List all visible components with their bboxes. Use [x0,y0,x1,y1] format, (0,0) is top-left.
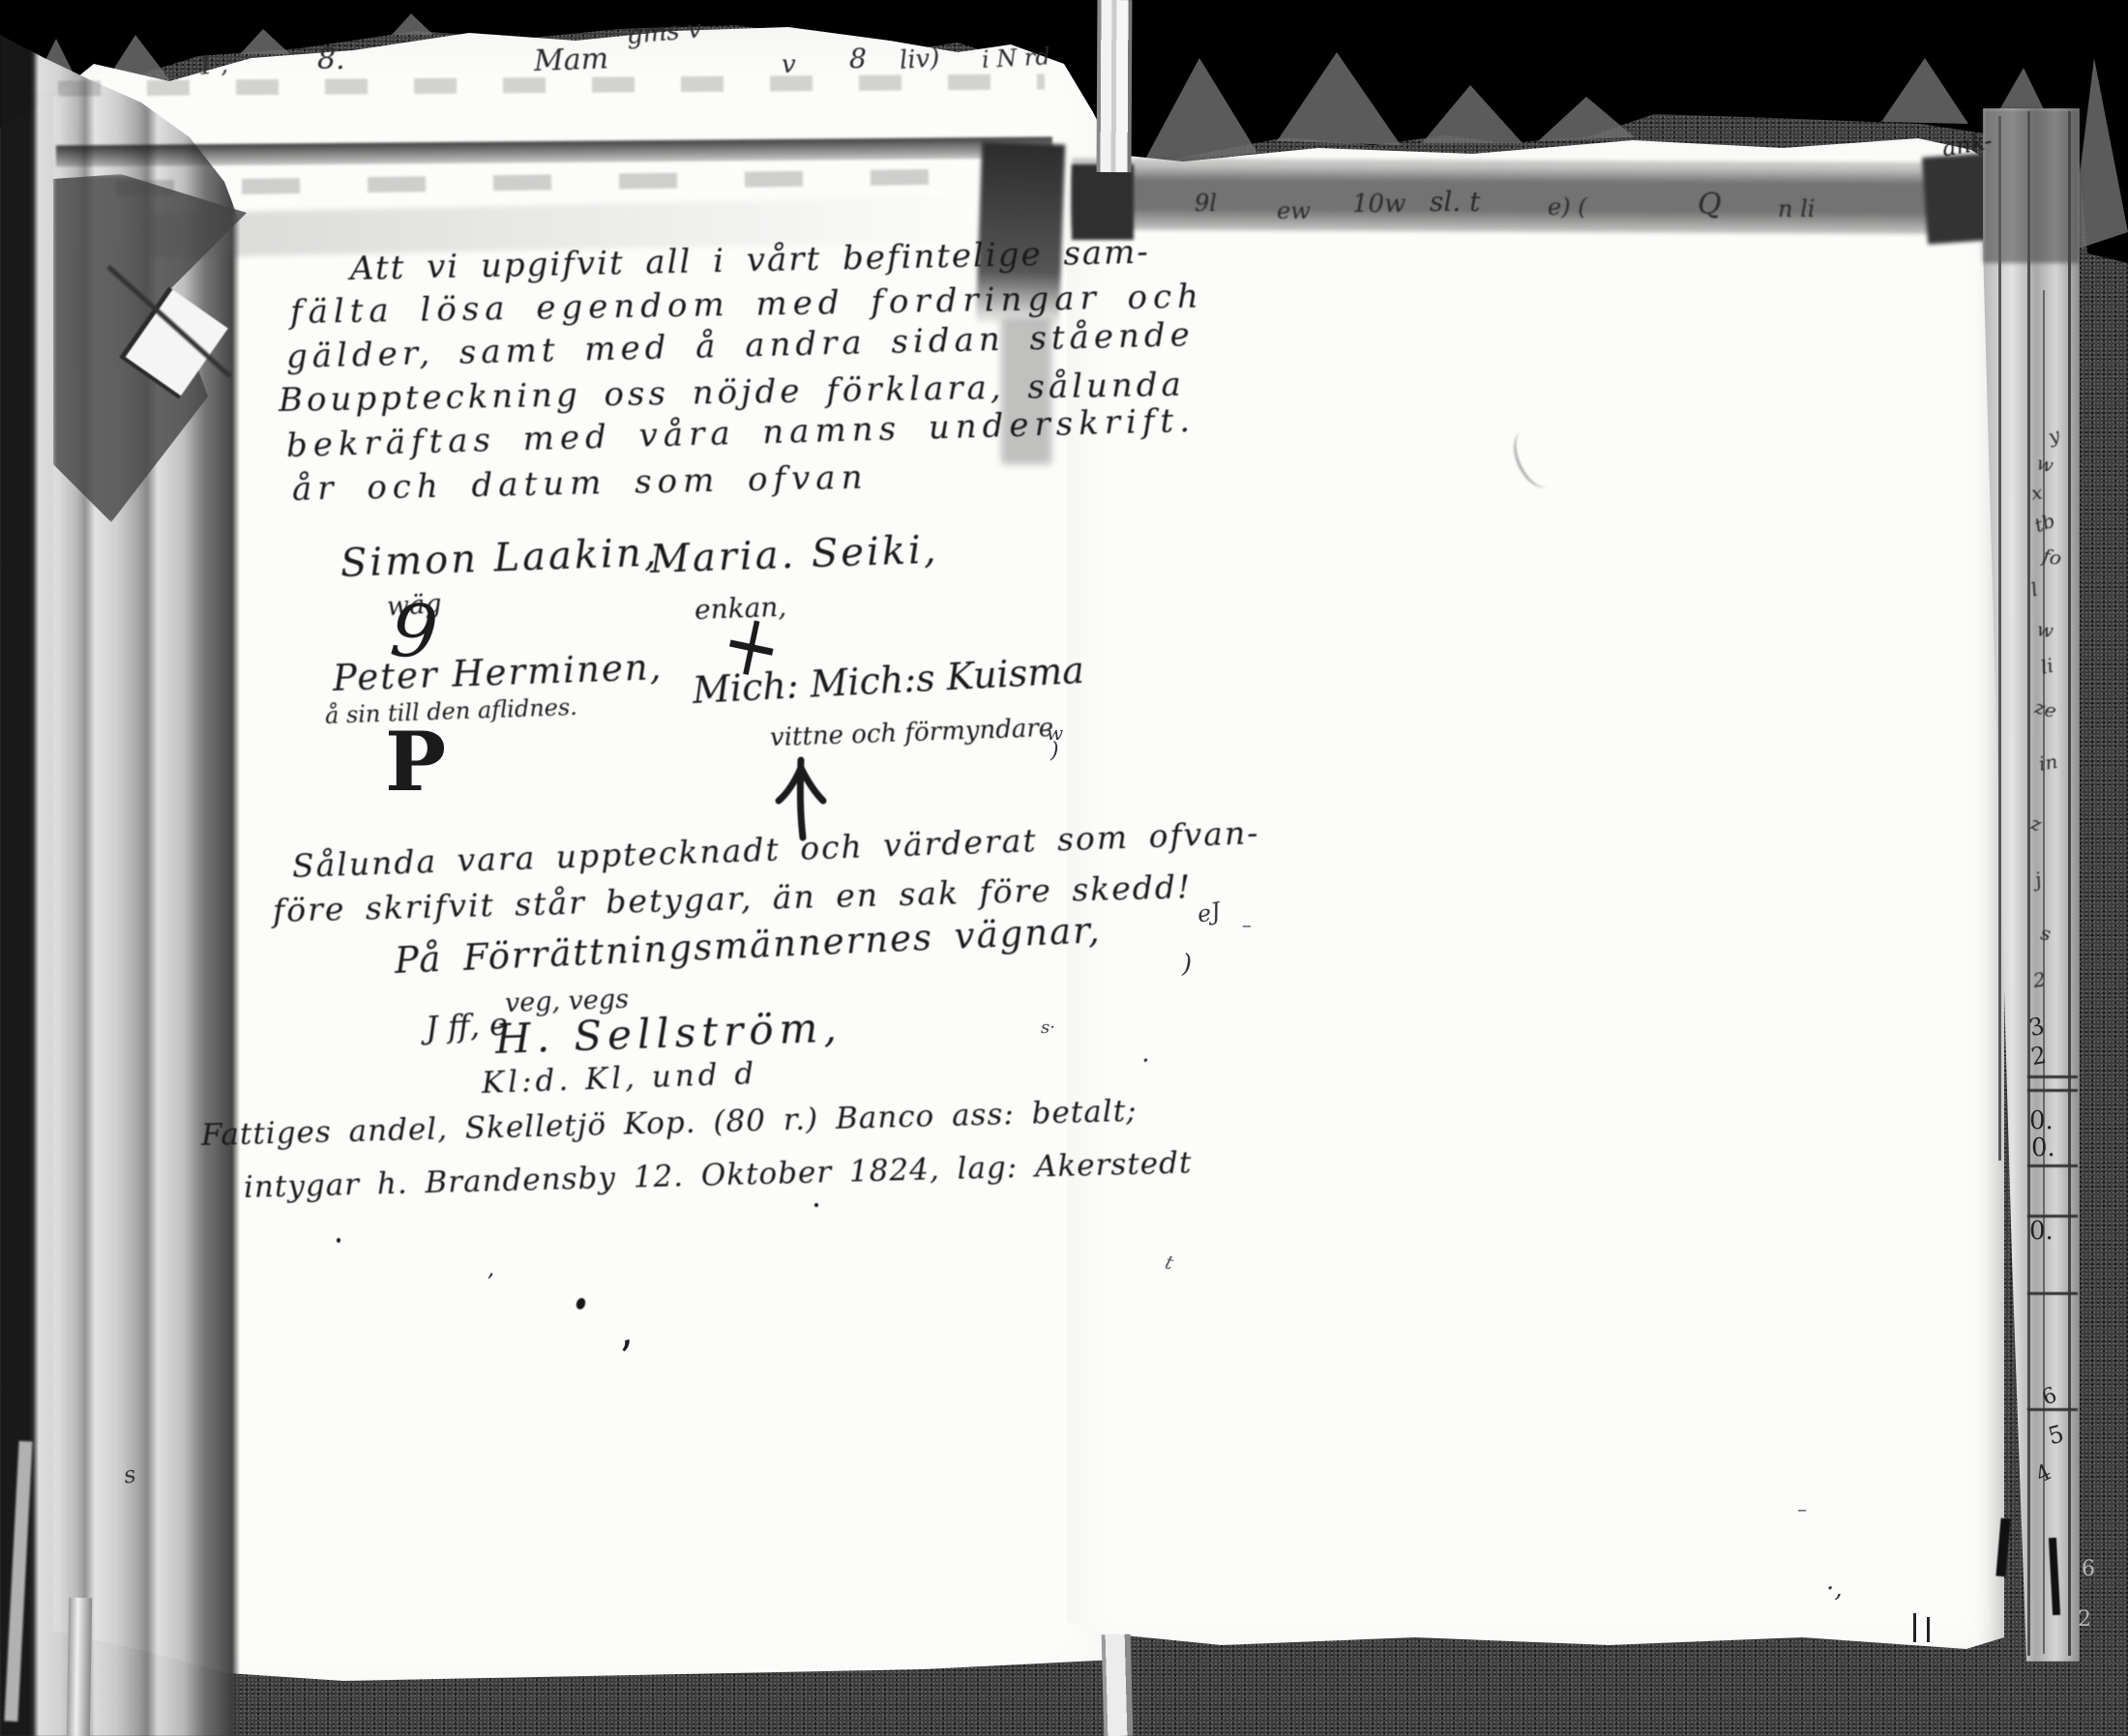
fore-edge-number: 0. [2031,1133,2055,1162]
edge-fragment: 1 , [197,50,229,80]
ink-speck: – [1242,913,1252,936]
band-fragment: e) ( [1548,193,1587,221]
bottom-edge-tick [1927,1617,1930,1642]
ink-speck: ) [1182,950,1192,979]
fore-edge-rule [2027,1089,2078,1092]
fore-edge-fold-line [1998,116,2001,1161]
band-fragment: 10w [1352,190,1405,219]
fore-edge-rule [2027,1292,2078,1295]
spine-ribbon-top [1097,0,1133,172]
band-fragment: Q [1698,188,1722,221]
scanned-document-spread: 1 , 8. Mam gms v v 8 liv) i N rd Att vi … [0,0,2128,1736]
ink-blot [814,1203,818,1207]
fore-edge-script: 2 [2031,967,2047,992]
fore-edge-number-light: 2 [2078,1607,2091,1632]
band-fragment: sl. t [1430,186,1480,218]
band-fragment: ew [1277,197,1311,224]
right-band-left-block [1072,164,1134,240]
fore-edge-top-smudge [1983,108,2080,263]
edge-fragment: v [782,50,796,79]
ink-blot [337,1238,340,1243]
ink-speck: ) [1050,739,1059,763]
fore-edge-number: 0. [2029,1106,2054,1135]
left-bottom-strap [67,1598,92,1736]
fore-edge-script: fo [2041,544,2063,570]
edge-fragment: liv) [899,44,940,75]
fore-edge-rule [2027,1075,2078,1078]
ink-speck: s· [1041,1017,1055,1038]
ink-speck: eJ [1196,897,1223,928]
edge-fragment: i N rd [981,43,1050,74]
fore-edge-script: w [2035,617,2054,642]
bomarke-p: P [385,714,446,809]
band-fragment: n li [1778,195,1815,222]
ink-speck: · [1141,1045,1150,1076]
fore-edge-fold-line [2027,111,2030,1656]
ink-speck: , [488,1257,494,1281]
bottom-edge-tick [1913,1613,1916,1642]
right-page [1067,129,2004,1662]
fore-edge-rule [2027,1164,2078,1167]
fore-edge-number: 0. [2029,1217,2054,1246]
edge-fragment: Mam [533,42,608,78]
band-fragment: 9l [1195,190,1217,217]
edge-fragment: 8. [317,43,345,76]
fore-edge-number-light: 6 [2082,1557,2095,1581]
ink-speck: ·‚ [1826,1574,1843,1604]
spine-ribbon-bottom [1102,1634,1134,1736]
ink-speck: – [1797,1497,1807,1520]
edge-fragment: 8 [849,43,867,74]
fore-edge-script: in [2037,750,2059,776]
fore-edge-fold-line [2068,111,2071,1656]
